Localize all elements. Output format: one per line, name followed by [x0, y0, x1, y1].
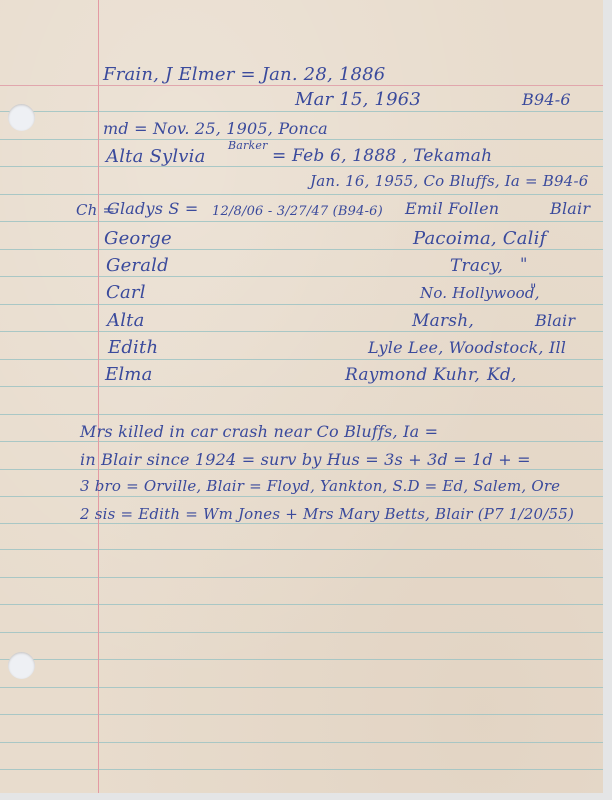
- spouse-maiden-name: Barker: [228, 140, 268, 151]
- ruled-line: [0, 714, 603, 715]
- child-location: ": [520, 256, 528, 272]
- reference-code: B94-6: [522, 92, 571, 108]
- top-red-rule: [0, 85, 603, 86]
- notebook-page: Frain, J Elmer = Jan. 28, 1886 Mar 15, 1…: [0, 0, 603, 793]
- child-spouse: Tracy,: [450, 258, 503, 275]
- ruled-line: [0, 469, 603, 470]
- ruled-line: [0, 742, 603, 743]
- ruled-line: [0, 166, 603, 167]
- child-name: Carl: [106, 284, 146, 302]
- ruled-line: [0, 249, 603, 250]
- ruled-line: [0, 331, 603, 332]
- child-location: Kd,: [487, 367, 517, 384]
- note-line: in Blair since 1924 = surv by Hus = 3s +…: [80, 452, 531, 468]
- spouse-death: Jan. 16, 1955, Co Bluffs, Ia = B94-6: [310, 174, 588, 189]
- note-line: 3 bro = Orville, Blair = Floyd, Yankton,…: [80, 479, 560, 494]
- ruled-line: [0, 221, 603, 222]
- ruled-line: [0, 769, 603, 770]
- spouse-name: Alta Sylvia: [106, 148, 206, 166]
- ruled-line: [0, 496, 603, 497]
- ruled-line: [0, 276, 603, 277]
- ruled-line: [0, 441, 603, 442]
- hole-punch-bottom: [8, 652, 35, 679]
- child-name: Gladys S =: [107, 201, 198, 217]
- ruled-line: [0, 414, 603, 415]
- child-name: Edith: [108, 339, 158, 357]
- ruled-line: [0, 687, 603, 688]
- child-location: Blair: [550, 201, 590, 217]
- child-location: ": [530, 283, 537, 297]
- left-margin-line: [98, 0, 99, 793]
- spouse-birth: = Feb 6, 1888 , Tekamah: [272, 148, 492, 165]
- name-birth-line: Frain, J Elmer = Jan. 28, 1886: [103, 66, 385, 84]
- child-spouse: No. Hollywood,: [420, 286, 540, 301]
- death-date: Mar 15, 1963: [295, 91, 421, 109]
- child-location: Blair: [535, 313, 575, 329]
- ruled-line: [0, 386, 603, 387]
- ruled-line: [0, 604, 603, 605]
- child-spouse: Raymond Kuhr,: [345, 367, 480, 384]
- child-dates: 12/8/06 - 3/27/47 (B94-6): [212, 205, 383, 218]
- child-spouse: Marsh,: [412, 313, 474, 330]
- ruled-line: [0, 632, 603, 633]
- ruled-line: [0, 549, 603, 550]
- child-spouse: Lyle Lee, Woodstock, Ill: [368, 340, 566, 356]
- ruled-line: [0, 304, 603, 305]
- hole-punch-top: [8, 104, 35, 131]
- child-name: George: [104, 230, 172, 248]
- ruled-line: [0, 659, 603, 660]
- note-line: 2 sis = Edith = Wm Jones + Mrs Mary Bett…: [80, 507, 574, 522]
- child-name: Elma: [105, 366, 153, 384]
- ruled-line: [0, 577, 603, 578]
- child-name: Gerald: [106, 257, 169, 275]
- marriage-line: md = Nov. 25, 1905, Ponca: [103, 121, 328, 137]
- note-line: Mrs killed in car crash near Co Bluffs, …: [80, 424, 438, 440]
- child-name: Alta: [107, 312, 145, 330]
- ruled-line: [0, 194, 603, 195]
- ruled-line: [0, 523, 603, 524]
- child-spouse: Pacoima, Calif: [413, 230, 546, 248]
- ruled-line: [0, 111, 603, 112]
- child-spouse: Emil Follen: [405, 201, 499, 217]
- ruled-line: [0, 139, 603, 140]
- ruled-line: [0, 359, 603, 360]
